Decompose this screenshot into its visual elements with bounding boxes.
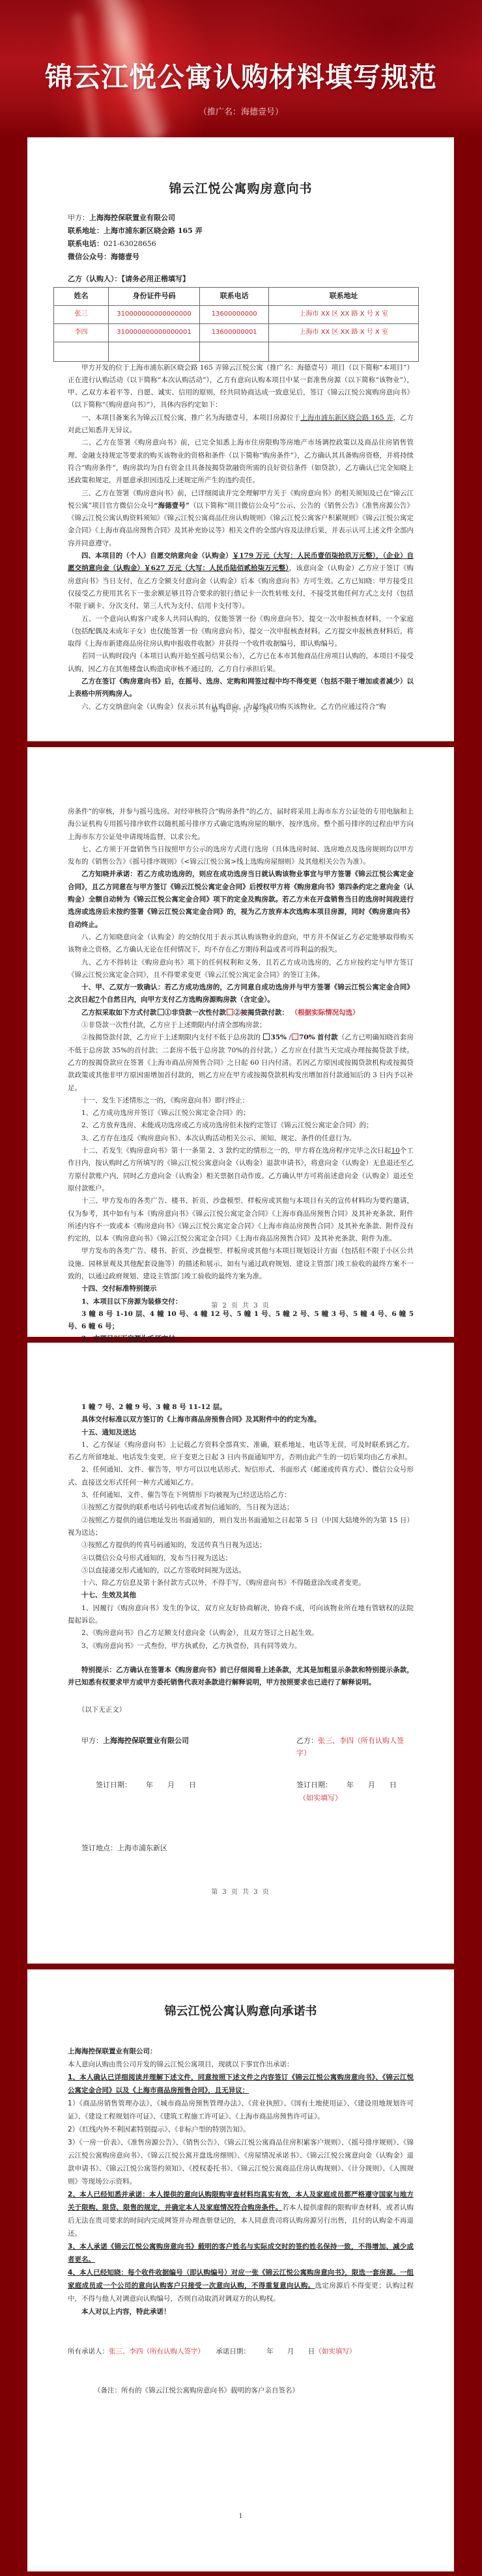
phone-line: 联系电话：021-63028656	[68, 238, 414, 251]
date-row: 签订日期：年月日 签订日期：年月日（如实填写）	[68, 1779, 414, 1804]
clause-10: 十、甲、乙双方一致确认：若乙方成功选房的，乙方同意自成功选房并与甲方签署《锦云江…	[68, 981, 414, 1007]
checkbox-lump-sum[interactable]	[158, 1009, 164, 1015]
commitment-item-1-2: 2）《红线内外不利因素特别提示》、《非标户型的特别告知》。	[68, 2123, 414, 2136]
clause-1: 一、本项目备案名为锦云江悦公寓，推广名为海德壹号，本项目房源位于上海市浦东新区晓…	[68, 412, 414, 437]
document-page-3: 1 幢 7 号、2 幢 9 号、3 幢 8 号 11-12 层。 具体交付标准以…	[27, 1343, 454, 1964]
checkbox-70-percent[interactable]	[292, 1034, 298, 1040]
clause-6-cont: 房条件”的审核，并参与摇号选房。对经审核符合“购房条件”的乙方，届时将采用上海市…	[68, 806, 414, 843]
commitment-intro: 本人意向认购由贵公司开发的锦云江悦公寓项目，现就以下事宜作出承诺：	[68, 2058, 414, 2071]
page-number: 1	[27, 2510, 454, 2523]
page-number: 第 2 页 共 3 页	[27, 1300, 454, 1312]
document-page-2: 房条件”的审核，并参与摇号选房。对经审核符合“购房条件”的乙方，届时将采用上海市…	[27, 747, 454, 1337]
clause-11: 十一、发生下述情形之一的，《购房意向书》即行终止：	[68, 1095, 414, 1107]
commitment-note: （备注：所有的《锦云江悦公寓购房意向书》载明的客户亲自签名）	[68, 2385, 414, 2397]
intro-paragraph: 甲方开发的位于上海市浦东新区晓会路 165 弄锦云江悦公寓（推广名：海德壹号）项…	[68, 362, 414, 412]
table-row-empty	[54, 342, 419, 361]
address-value: 上海市浦东新区晓会路 165 弄	[104, 226, 203, 235]
clause-15-3-2: ②按照乙方提供的通信地址发出书面通知的，则自发出书面通知之日起第 5 日（中国大…	[68, 1514, 414, 1540]
commitment-body: 上海海控保联置业有限公司： 本人意向认购由贵公司开发的锦云江悦公寓项目，现就以下…	[68, 2045, 414, 2318]
page-number: 第 3 页 共 3 页	[27, 1886, 454, 1898]
clause-17-2: 2、《购房意向书》自乙方足额支付意向金（认购金），且双方签订之日起生效。	[68, 1627, 414, 1639]
page-subtitle: （推广名：海德壹号）	[0, 105, 482, 117]
commitment-item-1-1: 1）《商品房销售管理办法》、《城市商品房预售管理办法》、《营业执照》、《国有土地…	[68, 2097, 414, 2123]
buyers-table: 姓名 身份证件号码 联系电话 联系地址 张三 31000000000000000…	[53, 287, 419, 362]
fill-hint: 【请务必用正楷填写】	[122, 275, 190, 283]
payment-hint: （根据实际情况勾选）	[291, 1009, 360, 1017]
page-number: 第 1 页 共 3 页	[27, 704, 454, 717]
clause-15-2: 2、任何通知、文件、催告等，甲方可以以电话形式、短信形式、书面形式（邮递或传真方…	[68, 1464, 414, 1489]
party-a-signature: 上海海控保联置业有限公司	[103, 1736, 189, 1745]
party-b-label: 乙方（认购人）：【请务必用正楷填写】	[68, 273, 414, 285]
signing-place: 签订地点：上海市浦东新区	[81, 1842, 167, 1854]
party-a-name: 上海海控保联置业有限公司	[89, 213, 175, 222]
payment-method: 乙方拟采取如下方式付款①非贷款一次性付款②按揭贷款付款： （根据实际情况勾选）	[68, 1007, 414, 1019]
signature-row: 甲方：上海海控保联置业有限公司 乙方：张三、李四（所有认购人签字）	[68, 1734, 414, 1760]
commitment-closing: 本人对以上内容，特此承诺！	[68, 2305, 414, 2318]
clause-15-3-4: ④以微信公众号形式通知的，发布当日视为送达；	[68, 1552, 414, 1565]
clause-2: 二、乙方在签署《购房意向书》前，已完全知悉上海市住房限购等房地产市场调控政策以及…	[68, 437, 414, 487]
clause-17-3: 3、《购房意向书》一式叁份，甲方执贰份，乙方执壹份，具有同等效力。	[68, 1640, 414, 1652]
clause-5-c: 乙方在签订《购房意向书》后，在摇号、选房、定购和网签过程中均不得变更（包括不限于…	[68, 676, 414, 701]
checkbox-mortgage[interactable]	[227, 1009, 233, 1015]
date-hint: （如实填写）	[299, 1792, 342, 1804]
commitment-item-3: 3、本人承诺《锦云江悦公寓购房意向书》载明的客户姓名与实际成交时的签约姓名保持一…	[68, 2240, 414, 2266]
commitment-item-1-3: 3）《一房一价表》、《准售房源公告》、《销售公告》、《锦云江悦公寓商品住房积累客…	[68, 2136, 414, 2188]
refund-days: 10	[391, 1147, 399, 1155]
payment-option-2: ②按揭贷款付款，乙方应于上述期限内支付不低于总房款的 35% /70% 首付款（…	[68, 1032, 414, 1094]
clause-14-2-list: 1 幢 7 号、2 幢 9 号、3 幢 8 号 11-12 层。	[68, 1401, 414, 1414]
phone-value: 021-63028656	[104, 240, 156, 248]
commitment-item-4: 4、本人已经知晓：每个收件收据编号（即认购编号）对应一张《锦云江悦公寓购房意向书…	[68, 2266, 414, 2305]
col-address: 联系地址	[269, 287, 419, 305]
clause-8: 八、乙方知晓意向金（认购金）的交纳仅用于表示其认购该物业的意向，甲方并不保证乙方…	[68, 931, 414, 957]
clause-17: 十七、生效及其他	[68, 1589, 414, 1602]
date-hint: （如实填写）	[315, 2348, 356, 2355]
clause-11-3: 3、乙方存在违反《购房意向书》、本次认购活动相关公示、须知、规定、条件的任意行为…	[68, 1132, 414, 1145]
clause-15-3: 3、任何通知、文件、催告等在下列情形下均被视为已经送达给乙方：	[68, 1489, 414, 1501]
checkbox-35-percent[interactable]	[263, 1034, 270, 1040]
clause-16: 十六、除乙方信息及第十条付款方式以外，不得手写，《购房意向书》不得随意涂改或者变…	[68, 1577, 414, 1589]
clause-11-2: 2、乙方放弃选房、未能成功选房或乙方成功选房但未按约定签订《锦云江悦公寓定金合同…	[68, 1119, 414, 1132]
document-page-4: 锦云江悦公寓认购意向承诺书 上海海控保联置业有限公司： 本人意向认购由贵公司开发…	[27, 1969, 454, 2571]
table-row: 李四 310000000000000001 13600000001 上海市 XX…	[54, 323, 419, 342]
wechat-value: 海德壹号	[111, 253, 139, 261]
special-notice: 特别提示：乙方确认在签署本《购房意向书》前已仔细阅看上述条款，尤其是加粗显示条款…	[68, 1664, 414, 1690]
hero-banner: 锦云江悦公寓认购材料填写规范 （推广名：海德壹号）	[0, 0, 482, 137]
table-row: 张三 310000000000000000 13600000000 上海市 XX…	[54, 305, 419, 323]
payment-option-1: ①非贷款一次性付款，乙方应于上述期限内付清全部购房款；	[68, 1019, 414, 1032]
clause-7: 七、乙方须于开盘销售当日按照甲方公示的选房方式进行选房（具体选房时间、选房地点及…	[68, 843, 414, 869]
clause-9: 九、乙方不得转让《购房意向书》项下的任何权利和义务，且若乙方成功选房的，乙方应按…	[68, 957, 414, 982]
page-title: 锦云江悦公寓认购材料填写规范	[0, 56, 482, 95]
col-phone: 联系电话	[200, 287, 269, 305]
commitment-item-1: 1、本人确认已详细阅读并理解下述文件，同意按照下述文件之内容签订《锦云江悦公寓购…	[68, 2071, 414, 2097]
commitment-signature-row: 所有承诺人：张三、李四（所有认购人签字） 承诺日期： 年 月 日（如实填写）	[68, 2346, 414, 2358]
commitment-addressee: 上海海控保联置业有限公司：	[68, 2045, 414, 2058]
clause-13-b: 甲方发布的各类广告、楼书、折页、沙盘模型、样板房或其他与本项目规划设计方面（包括…	[68, 1245, 414, 1283]
clause-11-1: 1、乙方成功选房并签订《锦云江悦公寓定金合同》的；	[68, 1107, 414, 1119]
clause-4: 四、本项目的（个人）自愿交纳意向金（认购金）￥179 万元（大写：人民币壹佰柒拾…	[68, 550, 414, 612]
wechat-line: 微信公众号：海德壹号	[68, 251, 414, 264]
clause-15-3-3: ③按照乙方提供的传真号码通知的，发送传真当日视为送达；	[68, 1539, 414, 1552]
col-name: 姓名	[54, 287, 109, 305]
document-page-1: 锦云江悦公寓购房意向书 甲方：上海海控保联置业有限公司 联系地址：上海市浦东新区…	[27, 137, 454, 741]
no-more-text: （以下无正文）	[68, 1704, 414, 1716]
commitment-signature[interactable]: 张三、李四（所有认购人签字）	[109, 2348, 205, 2355]
clause-7-b: 乙方知晓并承诺：若乙方成功选房的，则应在成功选房当日就认购该物业事宜与甲方签署《…	[68, 868, 414, 931]
clause-3: 三、乙方在签署《购房意向书》前，已详细阅读并完全理解甲方关于《购房意向书》的相关…	[68, 487, 414, 550]
party-a-line: 甲方：上海海控保联置业有限公司	[68, 212, 414, 225]
place-row: 签订地点：上海市浦东新区	[68, 1842, 414, 1854]
clause-17-1: 1、因履行《购房意向书》发生的争议，双方应友好协商解决，协商不成，可向该物业所在…	[68, 1602, 414, 1628]
clause-14-3: 具体交付标准以双方签订的《上海市商品房预售合同》及其附件中的约定为准。	[68, 1414, 414, 1426]
clause-5: 五、一个意向认购客户或多人共同认购的，仅能签署一份《购房意向书》，提交一次申报核…	[68, 613, 414, 651]
clause-12: 十二、若发生《购房意向书》第十一条第 2、3 款约定的情形之一的，甲方将在选房程…	[68, 1145, 414, 1195]
clause-14: 十四、交付标准特别提示	[68, 1283, 414, 1295]
document-title: 锦云江悦公寓购房意向书	[68, 183, 414, 195]
clause-15-3-5: ⑤以直接递交形式通知的，以乙方签收时间视为送达。	[68, 1565, 414, 1577]
clause-15: 十五、通知及送达	[68, 1427, 414, 1439]
address-line: 联系地址：上海市浦东新区晓会路 165 弄	[68, 225, 414, 238]
commitment-title: 锦云江悦公寓认购意向承诺书	[68, 2005, 414, 2018]
col-id: 身份证件号码	[109, 287, 200, 305]
clause-15-1: 1、乙方保证《购房意向书》上记载乙方资料全部真实、准确，联系地址、电话等无误，可…	[68, 1439, 414, 1464]
commitment-item-2: 2、本人已经知悉并承诺：本人提供的意向认购限购审查材料均真实有效，本人及家庭成员…	[68, 2188, 414, 2240]
clause-13: 十三、甲方发布的各类广告、楼书、折页、沙盘模型、样板房或其他与本项目有关的宣传材…	[68, 1195, 414, 1245]
clause-5-b: 若同一认购时段内（本项目认购开始至摇号结果公布），乙方已在本市其他商品住房项目认…	[68, 650, 414, 676]
table-header-row: 姓名 身份证件号码 联系电话 联系地址	[54, 287, 419, 305]
clause-15-3-1: ①按照乙方提供的联系电话号码电话或者短信通知的，当日视为送达；	[68, 1501, 414, 1514]
